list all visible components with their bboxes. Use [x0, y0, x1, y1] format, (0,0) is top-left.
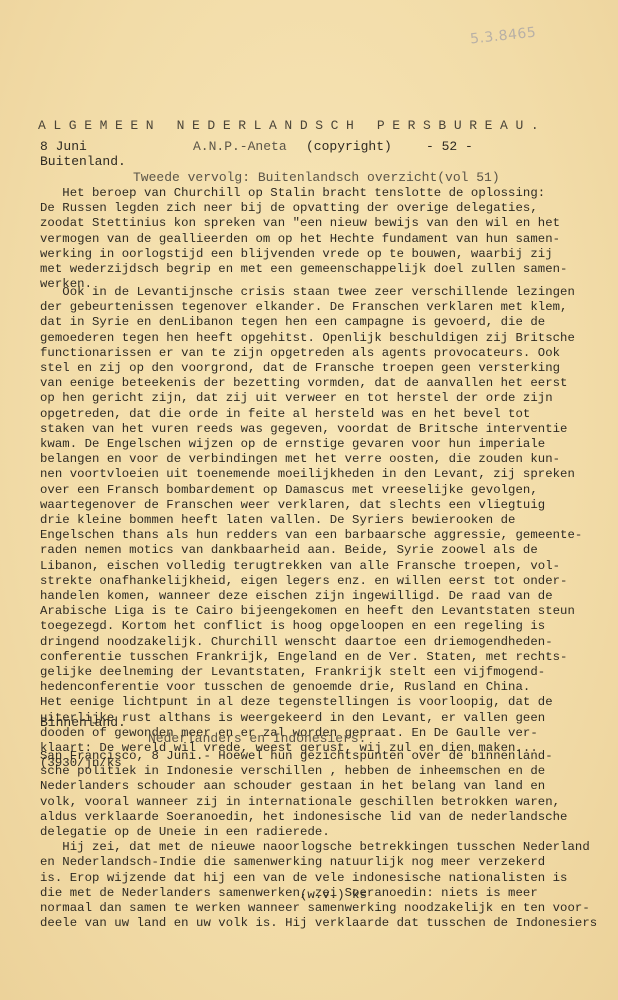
typewritten-page: 5.3.8465 ALGEMEEN NEDERLANDSCH PERSBUREA…	[0, 0, 618, 1000]
text-line: Nederlanders schouder aan schouder gesta…	[40, 779, 615, 794]
page-number: - 52 -	[426, 139, 473, 154]
text-line: stel en zij op den voorgrond, dat de Fra…	[40, 361, 615, 376]
text-line: op hen gericht zijn, dat zij uit verweer…	[40, 391, 615, 406]
text-line: uiterlijke rust althans is weergekeerd i…	[40, 711, 615, 726]
buitenland-paragraph-2: Ook in de Levantijnsche crisis staan twe…	[40, 285, 615, 772]
text-line: Het eenige lichtpunt in al deze tegenste…	[40, 695, 615, 710]
text-line: Engelschen thans als hun redders van een…	[40, 528, 615, 543]
binnenland-paragraph-1: San Francisco, 8 Juni.- Hoewel hun gezic…	[40, 749, 615, 931]
archive-stamp: 5.3.8465	[469, 25, 537, 48]
text-line: aldus verklaarde Soeranoedin, het indone…	[40, 810, 615, 825]
subtitle-buitenland: Tweede vervolg: Buitenlandsch overzicht(…	[133, 170, 500, 185]
buitenland-paragraph-1: Het beroep van Churchill op Stalin brach…	[40, 186, 615, 292]
text-line: is. Erop wijzende dat hij een van de vel…	[40, 871, 615, 886]
text-line: en Nederlandsch-Indie die samenwerking n…	[40, 855, 615, 870]
section-title-binnenland: Binnenland.	[40, 715, 126, 730]
text-line: belangen en voor de verbindingen met het…	[40, 452, 615, 467]
masthead: ALGEMEEN NEDERLANDSCH PERSBUREAU.	[38, 118, 546, 133]
text-line: drie kleine bommen heeft laten vallen. D…	[40, 513, 615, 528]
text-line: handelen komen, wanneer deze eischen zij…	[40, 589, 615, 604]
subtitle-binnenland: Nederlanders en Indonesiers.	[148, 731, 366, 746]
text-line: functionarissen er van te zijn opgetrede…	[40, 346, 615, 361]
section-title-buitenland: Buitenland.	[40, 154, 126, 169]
text-line: met wederzijdsch begrip en met een gemee…	[40, 262, 615, 277]
text-line: Hij zei, dat met de nieuwe naoorlogsche …	[40, 840, 615, 855]
text-line: Libanon, eischen volledig terugtrekken v…	[40, 559, 615, 574]
text-line: waartegenover de Franschen weer verklare…	[40, 498, 615, 513]
text-line: toegezegd. Kortom het conflict is hoog o…	[40, 619, 615, 634]
text-line: gelijke deelneming der Levantstaten, Fra…	[40, 665, 615, 680]
text-line: van eenige beteekenis der bezetting vorm…	[40, 376, 615, 391]
text-line: kwam. De Engelschen wijzen op de ernstig…	[40, 437, 615, 452]
text-line: raden nemen motics van dankbaarheid aan.…	[40, 543, 615, 558]
continuation-mark: (w.v.) ks	[300, 888, 367, 903]
text-line: deele van uw land en uw volk is. Hij ver…	[40, 916, 615, 931]
text-line: delegatie op de Uneie in een radierede.	[40, 825, 615, 840]
text-line: werking in oorlogstijd een blijvenden vr…	[40, 247, 615, 262]
copyright: (copyright)	[306, 139, 392, 154]
text-line: Het beroep van Churchill op Stalin brach…	[40, 186, 615, 201]
text-line: San Francisco, 8 Juni.- Hoewel hun gezic…	[40, 749, 615, 764]
text-line: dringend noodzakelijk. Churchill wenscht…	[40, 635, 615, 650]
text-line: hedenconferentie voor tusschen de genoem…	[40, 680, 615, 695]
text-line: staken van het vuren reeds was gegeven, …	[40, 422, 615, 437]
text-line: volk, vooral wanneer zij in internationa…	[40, 795, 615, 810]
text-line: nen voortvloeien uit toenemende moeilijk…	[40, 467, 615, 482]
text-line: sche politiek in Indonesie verschillen ,…	[40, 764, 615, 779]
text-line: gemoederen tegen hen heeft opgehitst. Op…	[40, 331, 615, 346]
text-line: Ook in de Levantijnsche crisis staan twe…	[40, 285, 615, 300]
text-line: conferentie tusschen Frankrijk, Engeland…	[40, 650, 615, 665]
text-line: strekte onafhankelijkheid, eigen legers …	[40, 574, 615, 589]
date: 8 Juni	[40, 139, 87, 154]
text-line: De Russen legden zich neer bij de opvatt…	[40, 201, 615, 216]
text-line: normaal dan samen te werken wanneer same…	[40, 901, 615, 916]
text-line: Arabische Liga is te Cairo bijeengekomen…	[40, 604, 615, 619]
text-line: der gebeurtenissen tegenover elkander. D…	[40, 300, 615, 315]
agency: A.N.P.-Aneta	[193, 139, 287, 154]
text-line: opgetreden, dat die orde in feite al her…	[40, 407, 615, 422]
text-line: zoodat Stettinius kon spreken van "een n…	[40, 216, 615, 231]
text-line: dat in Syrie en denLibanon tegen hen een…	[40, 315, 615, 330]
text-line: over een Fransch bombardement op Damascu…	[40, 483, 615, 498]
text-line: vermogen van de geallieerden om op het H…	[40, 232, 615, 247]
